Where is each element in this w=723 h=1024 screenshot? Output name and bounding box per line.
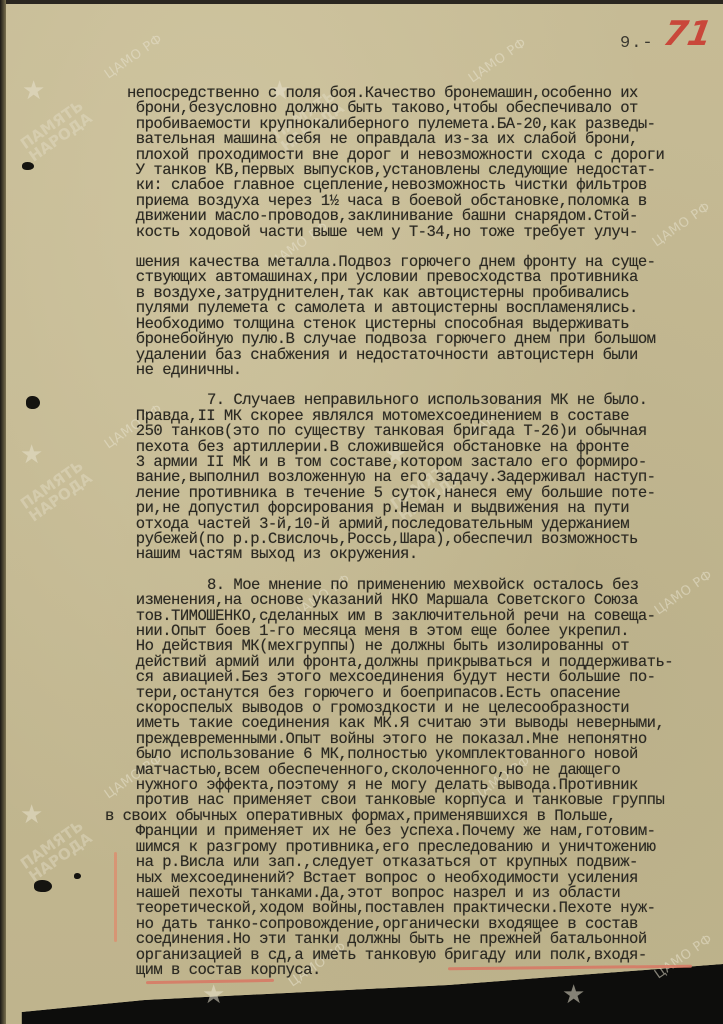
page-top-edge	[0, 0, 723, 4]
text-line: нашим частям выход из окружения.	[127, 547, 723, 562]
text-line: кость ходовой части выше чем у Т-34,но т…	[127, 225, 723, 240]
paragraph-fuel-supply: шения качества металла.Подвоз горючего д…	[127, 255, 723, 378]
typed-page-number: 9.-	[620, 34, 654, 53]
text-line: не единичны.	[127, 363, 723, 378]
paragraph-armor: непосредственно с поля боя.Качество брон…	[127, 86, 723, 240]
handwritten-folio-number: 71	[660, 14, 714, 54]
ink-blot	[22, 162, 34, 170]
ink-blot	[74, 873, 81, 879]
page-left-edge	[0, 0, 6, 1024]
ink-blot	[34, 880, 52, 892]
red-margin-mark	[114, 852, 117, 942]
text-line: щим в состав корпуса.	[127, 963, 723, 978]
document-body: непосредственно с поля боя.Качество брон…	[127, 86, 723, 978]
star-icon: ★	[562, 980, 585, 1010]
ink-blot	[26, 396, 40, 409]
paragraph-point-8: 8. Мое мнение по применению мехвойск ост…	[127, 578, 723, 979]
paragraph-point-7: 7. Случаев неправильного использования М…	[127, 393, 723, 562]
